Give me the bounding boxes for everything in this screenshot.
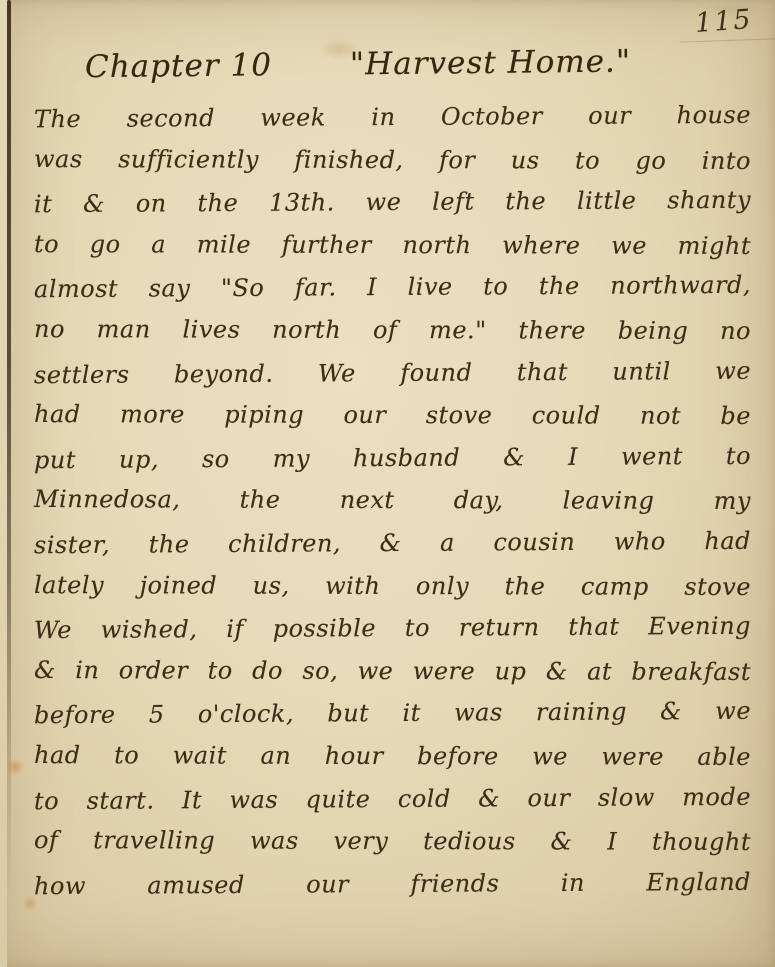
manuscript-line: Minnedosa, the next day, leaving my	[34, 478, 751, 522]
manuscript-body: The second week in October our house was…	[0, 96, 775, 905]
manuscript-line: before 5 o'clock, but it was raining & w…	[34, 690, 751, 737]
page-number: 115	[694, 4, 754, 39]
manuscript-line: to start. It was quite cold & our slow m…	[34, 775, 751, 822]
manuscript-line: it & on the 13th. we left the little sha…	[34, 179, 751, 226]
manuscript-line: settlers beyond. We found that until we	[34, 349, 751, 396]
manuscript-line: no man lives north of me." there being n…	[34, 308, 751, 352]
chapter-heading-row: Chapter 10 "Harvest Home."	[0, 42, 775, 86]
manuscript-line: how amused our friends in England	[34, 860, 751, 907]
manuscript-line: sister, the children, & a cousin who had	[34, 520, 751, 567]
chapter-heading: Chapter 10	[85, 47, 272, 85]
chapter-title: "Harvest Home."	[350, 43, 632, 82]
manuscript-line: was sufficiently finished, for us to go …	[34, 138, 751, 182]
manuscript-line: The second week in October our house	[34, 94, 751, 141]
manuscript-line: put up, so my husband & I went to	[34, 435, 751, 482]
manuscript-line: to go a mile further north where we migh…	[34, 223, 751, 267]
manuscript-line: of travelling was very tedious & I thoug…	[34, 819, 751, 863]
manuscript-line: lately joined us, with only the camp sto…	[34, 564, 751, 608]
manuscript-line: & in order to do so, we were up & at bre…	[34, 649, 751, 693]
manuscript-line: had more piping our stove could not be	[34, 393, 751, 437]
manuscript-line: almost say "So far. I live to the northw…	[34, 264, 751, 311]
manuscript-page: 115 Chapter 10 "Harvest Home." The secon…	[0, 0, 775, 967]
manuscript-line: had to wait an hour before we were able	[34, 734, 751, 778]
manuscript-line: We wished, if possible to return that Ev…	[34, 605, 751, 652]
